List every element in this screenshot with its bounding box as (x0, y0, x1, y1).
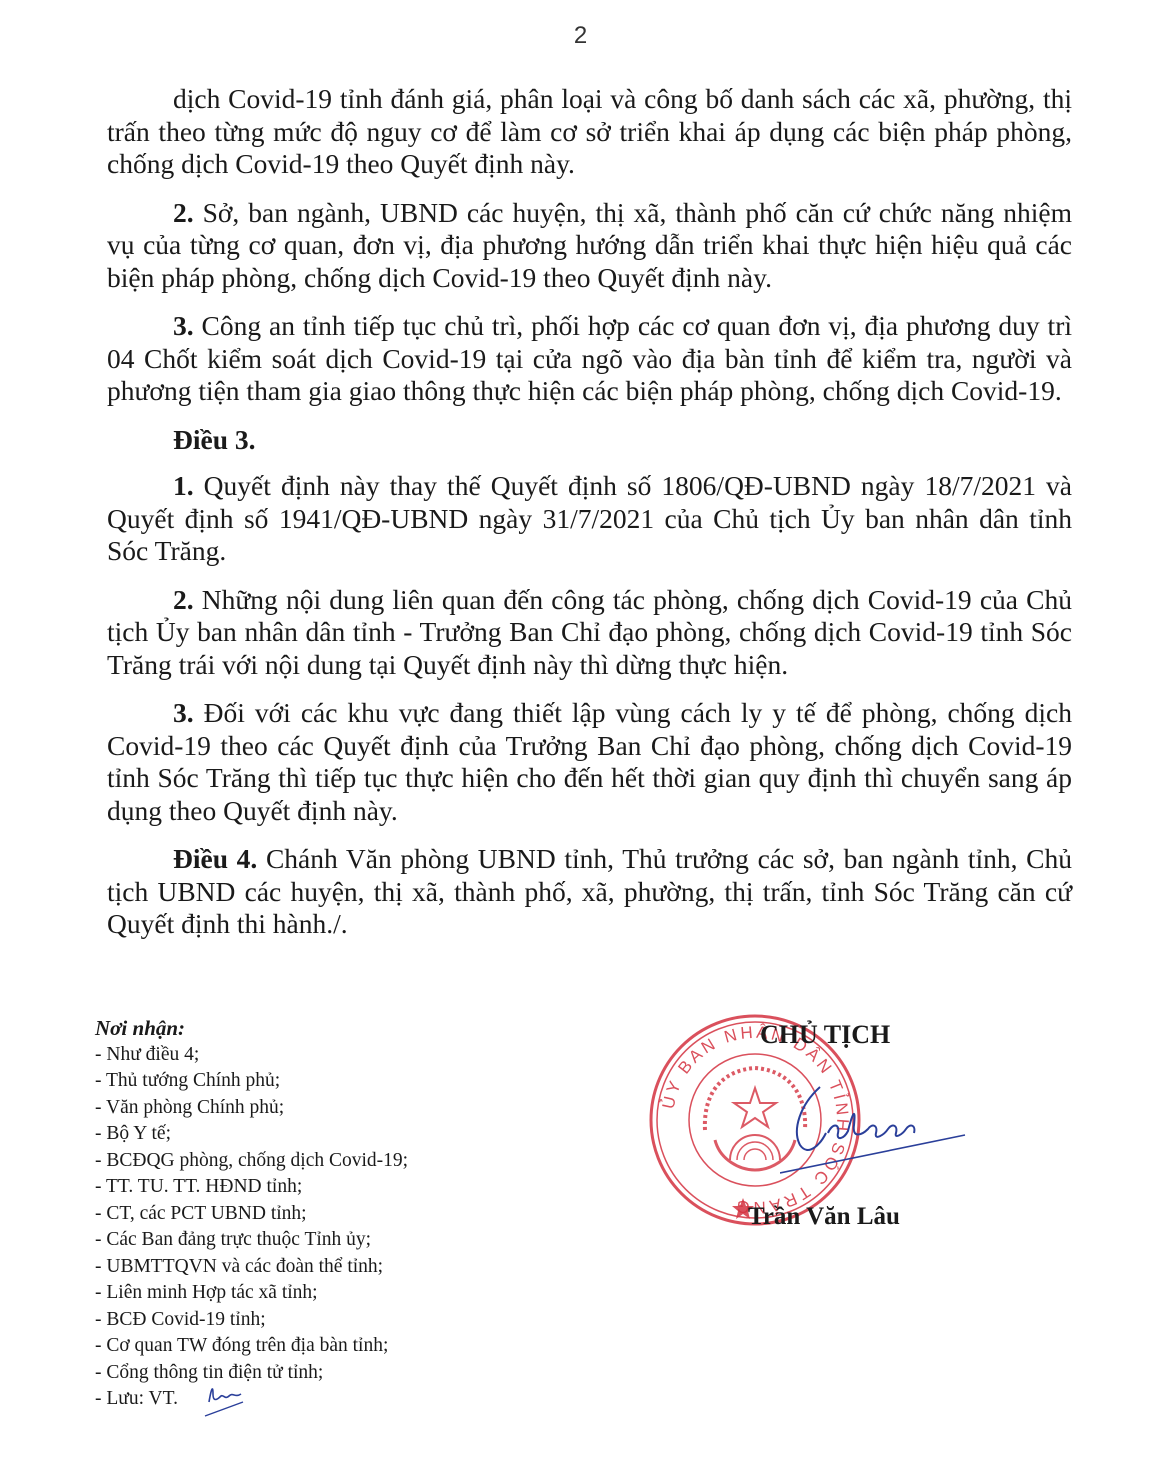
recipient-item: - BCĐ Covid-19 tỉnh; (95, 1307, 555, 1334)
recipient-item: - Liên minh Hợp tác xã tỉnh; (95, 1280, 555, 1307)
signature-block: ỦY BAN NHÂN DÂN TỈNH SÓC TRĂNG CHỦ TỊCH … (640, 1005, 960, 1245)
handwritten-signature-icon (780, 1075, 970, 1185)
paragraph-article-4: Điều 4. Chánh Văn phòng UBND tỉnh, Thủ t… (107, 843, 1072, 941)
paragraph-text: Những nội dung liên quan đến công tác ph… (107, 584, 1072, 680)
paragraph-text: Quyết định này thay thế Quyết định số 18… (107, 470, 1072, 566)
paragraph-text: Công an tỉnh tiếp tục chủ trì, phối hợp … (107, 310, 1072, 406)
article-heading: Điều 3. (107, 424, 1072, 457)
handwritten-initials-icon (203, 1380, 253, 1420)
recipient-item: - BCĐQG phòng, chống dịch Covid-19; (95, 1148, 555, 1175)
recipient-item: - Thủ tướng Chính phủ; (95, 1068, 555, 1095)
document-body: dịch Covid-19 tỉnh đánh giá, phân loại v… (107, 83, 1072, 957)
recipient-item: - Các Ban đảng trực thuộc Tỉnh ủy; (95, 1227, 555, 1254)
recipient-item: - Cơ quan TW đóng trên địa bàn tỉnh; (95, 1333, 555, 1360)
item-number: 3. (173, 310, 194, 341)
paragraph-text: Sở, ban ngành, UBND các huyện, thị xã, t… (107, 197, 1072, 293)
signer-name: Trần Văn Lâu (748, 1203, 900, 1231)
item-number: 1. (173, 470, 194, 501)
paragraph-item: 1. Quyết định này thay thế Quyết định số… (107, 470, 1072, 568)
signer-title: CHỦ TỊCH (760, 1020, 890, 1050)
paragraph-item: 3. Công an tỉnh tiếp tục chủ trì, phối h… (107, 310, 1072, 408)
recipients-list: Nơi nhận: - Như điều 4; - Thủ tướng Chín… (95, 1015, 555, 1413)
paragraph-item: 2. Sở, ban ngành, UBND các huyện, thị xã… (107, 197, 1072, 295)
recipient-item: - TT. TU. TT. HĐND tỉnh; (95, 1174, 555, 1201)
paragraph-item: 2. Những nội dung liên quan đến công tác… (107, 584, 1072, 682)
recipient-item: - CT, các PCT UBND tỉnh; (95, 1201, 555, 1228)
recipient-item: - Văn phòng Chính phủ; (95, 1095, 555, 1122)
recipient-item: - UBMTTQVN và các đoàn thể tỉnh; (95, 1254, 555, 1281)
paragraph-text: dịch Covid-19 tỉnh đánh giá, phân loại v… (107, 83, 1072, 179)
recipient-item: - Bộ Y tế; (95, 1121, 555, 1148)
item-number: 3. (173, 697, 194, 728)
recipients-title: Nơi nhận: (95, 1015, 555, 1042)
paragraph-continuation: dịch Covid-19 tỉnh đánh giá, phân loại v… (107, 83, 1072, 181)
item-number: Điều 4. (173, 843, 257, 874)
recipient-item: - Như điều 4; (95, 1042, 555, 1069)
recipient-item: - Cổng thông tin điện tử tỉnh; (95, 1360, 555, 1387)
paragraph-text: Đối với các khu vực đang thiết lập vùng … (107, 697, 1072, 826)
recipient-item: - Lưu: VT. (95, 1386, 555, 1413)
item-number: 2. (173, 584, 194, 615)
item-number: 2. (173, 197, 194, 228)
page-number: 2 (0, 22, 1161, 50)
paragraph-item: 3. Đối với các khu vực đang thiết lập vù… (107, 697, 1072, 827)
